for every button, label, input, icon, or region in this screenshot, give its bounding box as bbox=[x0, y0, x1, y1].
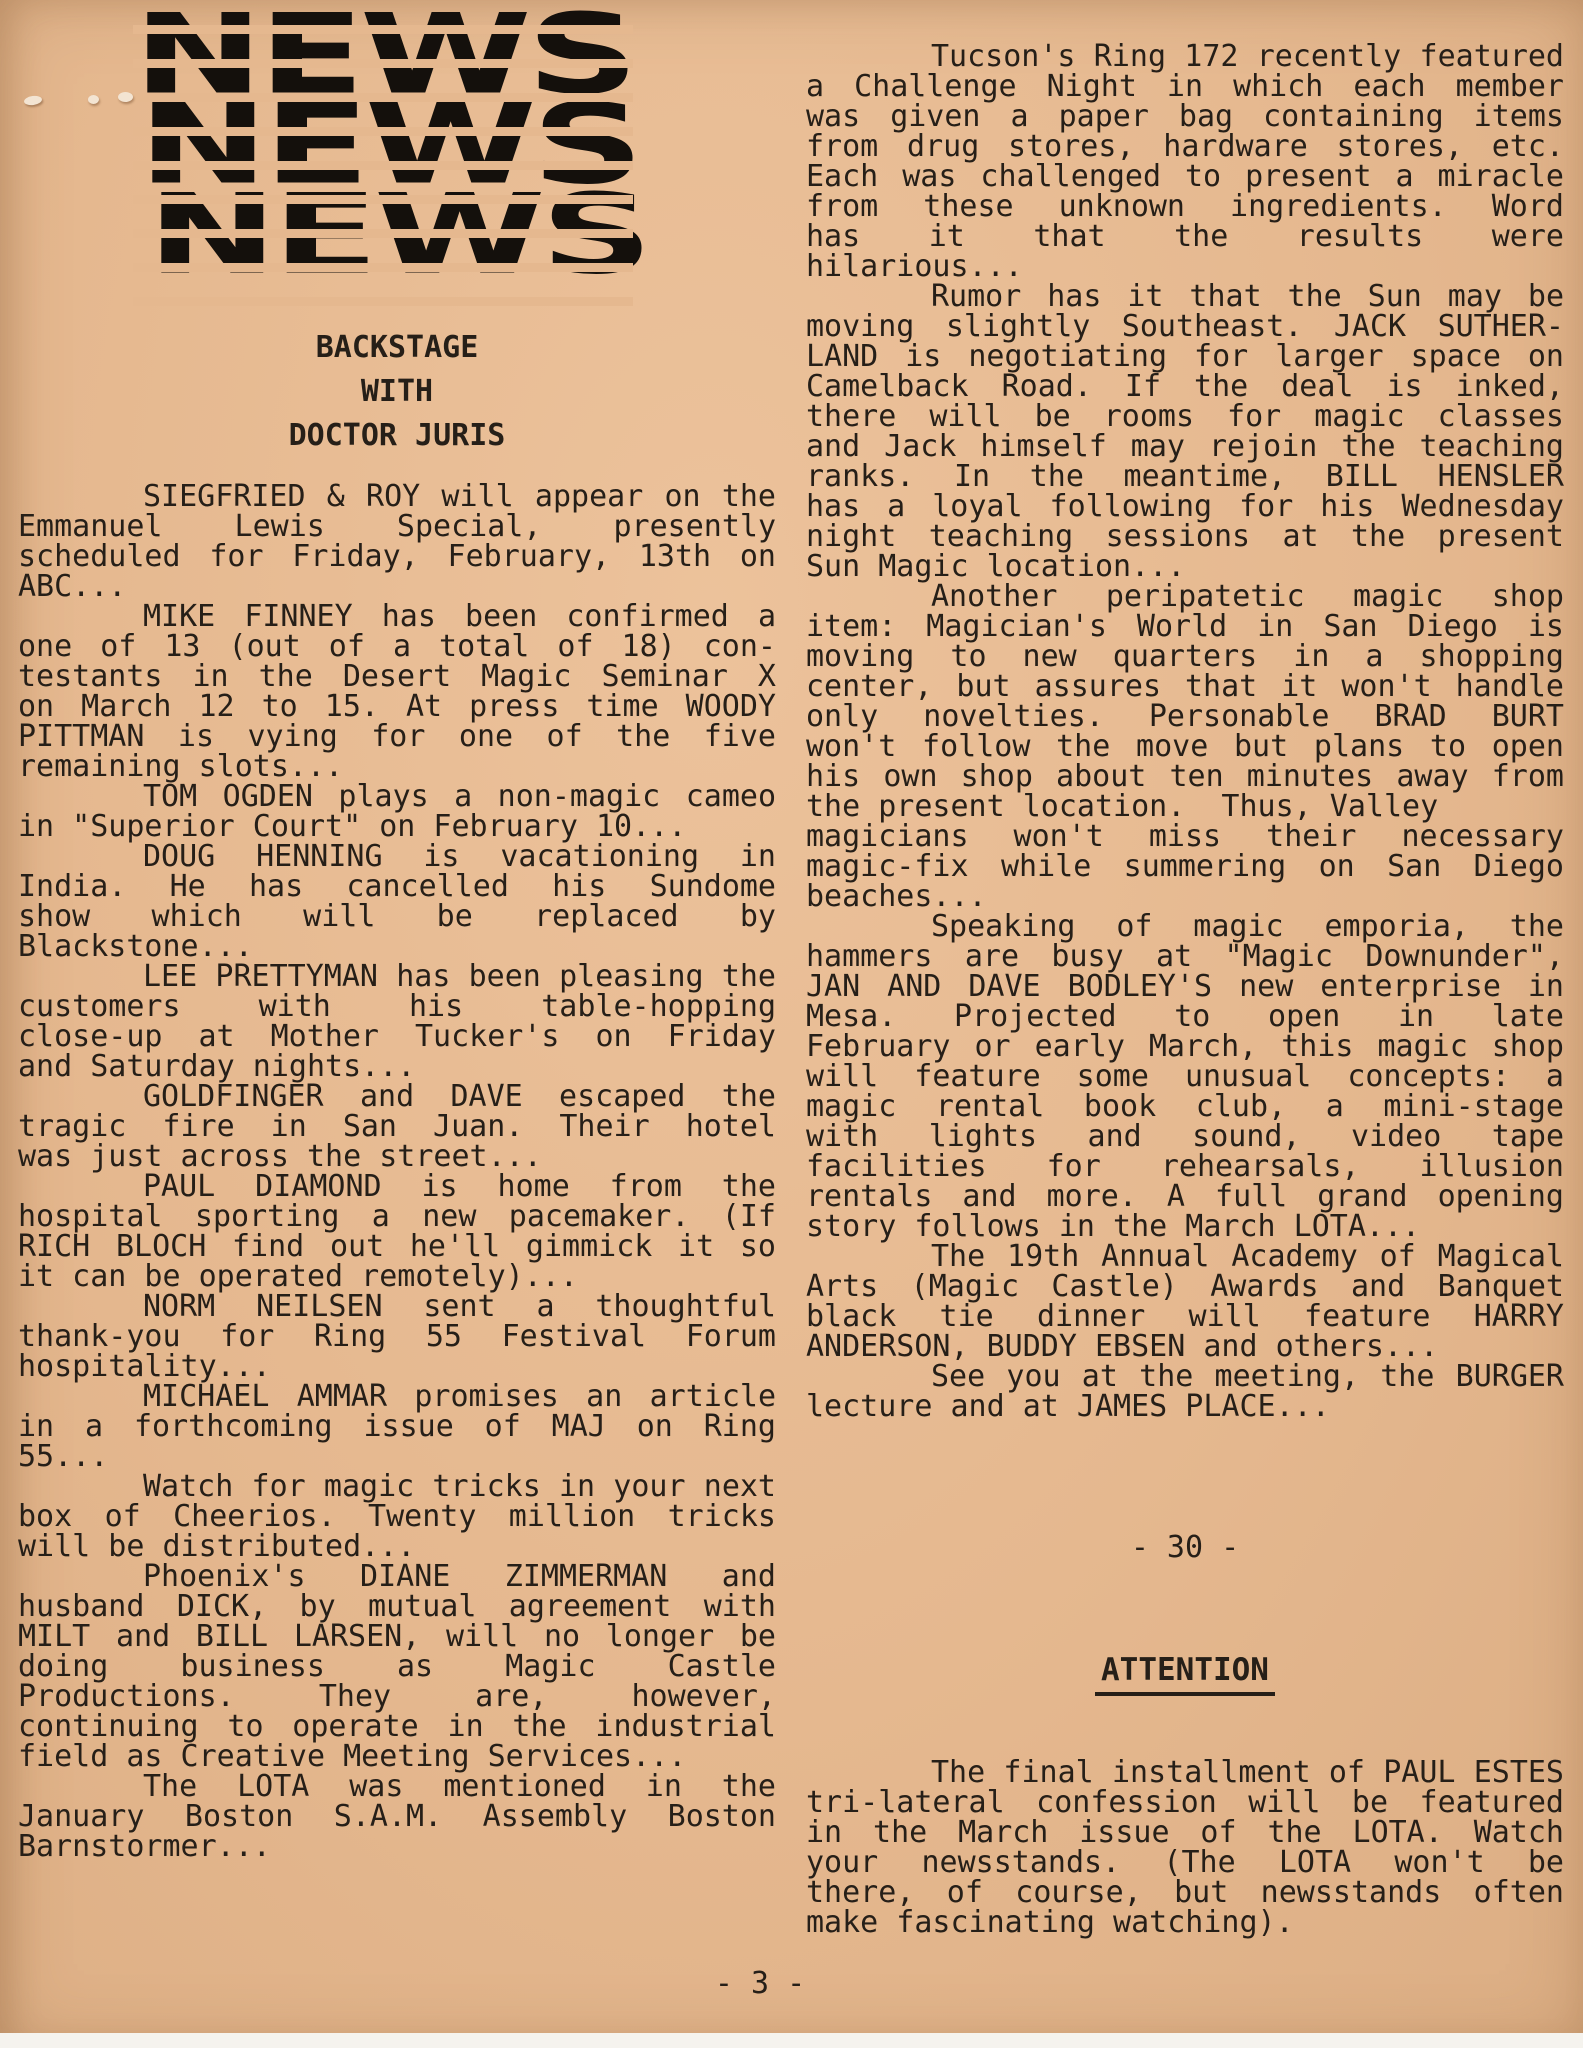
text-line: lecture and at JAMES PLACE... bbox=[806, 1392, 1564, 1422]
text-line: The LOTA was mentioned in the bbox=[18, 1772, 776, 1802]
text-line: won't follow the move but plans to open bbox=[806, 732, 1564, 762]
text-line: LAND is negotiating for larger space on bbox=[806, 342, 1564, 372]
text-line: your newsstands. (The LOTA won't be bbox=[806, 1848, 1564, 1878]
text-line: make fascinating watching). bbox=[806, 1908, 1564, 1938]
text-line: Phoenix's DIANE ZIMMERMAN and bbox=[18, 1562, 776, 1592]
text-line: ANDERSON, BUDDY EBSEN and others... bbox=[806, 1332, 1564, 1362]
text-line: The 19th Annual Academy of Magical bbox=[806, 1242, 1564, 1272]
text-line: and Saturday nights... bbox=[18, 1052, 776, 1082]
text-line: LEE PRETTYMAN has been pleasing the bbox=[18, 962, 776, 992]
page-number: - 3 - bbox=[0, 1966, 1520, 2001]
text-line: PITTMAN is vying for one of the five bbox=[18, 722, 776, 752]
text-line: only novelties. Personable BRAD BURT bbox=[806, 702, 1564, 732]
text-line: Speaking of magic emporia, the bbox=[806, 912, 1564, 942]
news-logo-nameplate: NEWS NEWS NEWS bbox=[133, 4, 633, 300]
newsletter-page: NEWS NEWS NEWS BACKSTAGE WITH DOCTOR JUR… bbox=[0, 0, 1583, 2048]
text-line: Emmanuel Lewis Special, presently bbox=[18, 512, 776, 542]
text-line: story follows in the March LOTA... bbox=[806, 1212, 1564, 1242]
text-line: center, but assures that it won't handle bbox=[806, 672, 1564, 702]
text-line: Rumor has it that the Sun may be bbox=[806, 282, 1564, 312]
text-line: ABC... bbox=[18, 572, 776, 602]
text-line: a Challenge Night in which each member bbox=[806, 72, 1564, 102]
text-line: SIEGFRIED & ROY will appear on the bbox=[18, 482, 776, 512]
text-line: in the March issue of the LOTA. Watch bbox=[806, 1818, 1564, 1848]
text-line: Mesa. Projected to open in late bbox=[806, 1002, 1564, 1032]
text-line: tri-lateral confession will be featured bbox=[806, 1788, 1564, 1818]
heading-line: WITH bbox=[18, 370, 776, 414]
text-line: field as Creative Meeting Services... bbox=[18, 1742, 776, 1772]
text-line: ranks. In the meantime, BILL HENSLER bbox=[806, 462, 1564, 492]
text-line: JAN AND DAVE BODLEY'S new enterprise in bbox=[806, 972, 1564, 1002]
thirty-divider: - 30 - bbox=[806, 1530, 1564, 1565]
text-line: there, of course, but newsstands often bbox=[806, 1878, 1564, 1908]
heading-line: DOCTOR JURIS bbox=[18, 414, 776, 458]
text-line: 55... bbox=[18, 1442, 776, 1472]
text-line: hospitality... bbox=[18, 1352, 776, 1382]
text-line: tragic fire in San Juan. Their hotel bbox=[18, 1112, 776, 1142]
text-line: magic rental book club, a mini-stage bbox=[806, 1092, 1564, 1122]
attention-heading-text: ATTENTION bbox=[1095, 1652, 1275, 1696]
text-line: from drug stores, hardware stores, etc. bbox=[806, 132, 1564, 162]
text-line: scheduled for Friday, February, 13th on bbox=[18, 542, 776, 572]
text-line: from these unknown ingredients. Word bbox=[806, 192, 1564, 222]
text-line: RICH BLOCH find out he'll gimmick it so bbox=[18, 1232, 776, 1262]
text-line: close-up at Mother Tucker's on Friday bbox=[18, 1022, 776, 1052]
text-line: moving to new quarters in a shopping bbox=[806, 642, 1564, 672]
text-line: customers with his table-hopping bbox=[18, 992, 776, 1022]
text-line: will feature some unusual concepts: a bbox=[806, 1062, 1564, 1092]
paper-speck bbox=[88, 95, 99, 104]
text-line: hospital sporting a new pacemaker. (If bbox=[18, 1202, 776, 1232]
text-line: hilarious... bbox=[806, 252, 1564, 282]
text-line: hammers are busy at "Magic Downunder", bbox=[806, 942, 1564, 972]
text-line: thank-you for Ring 55 Festival Forum bbox=[18, 1322, 776, 1352]
text-line: MIKE FINNEY has been confirmed a bbox=[18, 602, 776, 632]
text-line: Tucson's Ring 172 recently featured bbox=[806, 42, 1564, 72]
attention-text: The final installment of PAUL ESTEStri-l… bbox=[806, 1758, 1564, 1938]
column-heading: BACKSTAGE WITH DOCTOR JURIS bbox=[18, 326, 776, 458]
paper-speck bbox=[118, 92, 133, 102]
text-line: Sun Magic location... bbox=[806, 552, 1564, 582]
text-line: India. He has cancelled his Sundome bbox=[18, 872, 776, 902]
text-line: the present location. Thus, Valley bbox=[806, 792, 1564, 822]
text-line: February or early March, this magic shop bbox=[806, 1032, 1564, 1062]
text-line: his own shop about ten minutes away from bbox=[806, 762, 1564, 792]
text-line: continuing to operate in the industrial bbox=[18, 1712, 776, 1742]
text-line: box of Cheerios. Twenty million tricks bbox=[18, 1502, 776, 1532]
heading-line: BACKSTAGE bbox=[18, 326, 776, 370]
text-line: NORM NEILSEN sent a thoughtful bbox=[18, 1292, 776, 1322]
text-line: The final installment of PAUL ESTES bbox=[806, 1758, 1564, 1788]
text-line: rentals and more. A full grand opening bbox=[806, 1182, 1564, 1212]
text-line: with lights and sound, video tape bbox=[806, 1122, 1564, 1152]
text-line: black tie dinner will feature HARRY bbox=[806, 1302, 1564, 1332]
paper-speck bbox=[23, 95, 42, 106]
text-line: MILT and BILL LARSEN, will no longer be bbox=[18, 1622, 776, 1652]
text-line: moving slightly Southeast. JACK SUTHER- bbox=[806, 312, 1564, 342]
text-line: there will be rooms for magic classes bbox=[806, 402, 1564, 432]
text-line: Each was challenged to present a miracle bbox=[806, 162, 1564, 192]
text-line: MICHAEL AMMAR promises an article bbox=[18, 1382, 776, 1412]
text-line: Barnstormer... bbox=[18, 1832, 776, 1862]
attention-heading: ATTENTION bbox=[806, 1652, 1564, 1696]
text-line: one of 13 (out of a total of 18) con- bbox=[18, 632, 776, 662]
text-line: on March 12 to 15. At press time WOODY bbox=[18, 692, 776, 722]
text-line: TOM OGDEN plays a non-magic cameo bbox=[18, 782, 776, 812]
text-line: January Boston S.A.M. Assembly Boston bbox=[18, 1802, 776, 1832]
text-line: Camelback Road. If the deal is inked, bbox=[806, 372, 1564, 402]
text-line: Blackstone... bbox=[18, 932, 776, 962]
text-line: husband DICK, by mutual agreement with bbox=[18, 1592, 776, 1622]
text-line: will be distributed... bbox=[18, 1532, 776, 1562]
text-line: GOLDFINGER and DAVE escaped the bbox=[18, 1082, 776, 1112]
text-line: show which will be replaced by bbox=[18, 902, 776, 932]
text-line: it can be operated remotely)... bbox=[18, 1262, 776, 1292]
text-line: Another peripatetic magic shop bbox=[806, 582, 1564, 612]
text-line: night teaching sessions at the present bbox=[806, 522, 1564, 552]
text-line: remaining slots... bbox=[18, 752, 776, 782]
text-line: was just across the street... bbox=[18, 1142, 776, 1172]
text-line: magicians won't miss their necessary bbox=[806, 822, 1564, 852]
text-line: PAUL DIAMOND is home from the bbox=[18, 1172, 776, 1202]
text-line: testants in the Desert Magic Seminar X bbox=[18, 662, 776, 692]
text-line: and Jack himself may rejoin the teaching bbox=[806, 432, 1564, 462]
text-line: beaches... bbox=[806, 882, 1564, 912]
text-line: doing business as Magic Castle bbox=[18, 1652, 776, 1682]
scan-edge-strip bbox=[0, 2033, 1583, 2048]
text-line: Arts (Magic Castle) Awards and Banquet bbox=[806, 1272, 1564, 1302]
text-line: See you at the meeting, the BURGER bbox=[806, 1362, 1564, 1392]
text-line: Productions. They are, however, bbox=[18, 1682, 776, 1712]
logo-stripe-overlay bbox=[133, 0, 633, 306]
text-line: DOUG HENNING is vacationing in bbox=[18, 842, 776, 872]
text-line: item: Magician's World in San Diego is bbox=[806, 612, 1564, 642]
left-column-text: SIEGFRIED & ROY will appear on theEmmanu… bbox=[18, 482, 776, 1862]
text-line: Watch for magic tricks in your next bbox=[18, 1472, 776, 1502]
text-line: was given a paper bag containing items bbox=[806, 102, 1564, 132]
text-line: has a loyal following for his Wednesday bbox=[806, 492, 1564, 522]
right-column-text: Tucson's Ring 172 recently featureda Cha… bbox=[806, 42, 1564, 1422]
text-line: has it that the results were bbox=[806, 222, 1564, 252]
text-line: magic-fix while summering on San Diego bbox=[806, 852, 1564, 882]
text-line: in "Superior Court" on February 10... bbox=[18, 812, 776, 842]
text-line: facilities for rehearsals, illusion bbox=[806, 1152, 1564, 1182]
text-line: in a forthcoming issue of MAJ on Ring bbox=[18, 1412, 776, 1442]
